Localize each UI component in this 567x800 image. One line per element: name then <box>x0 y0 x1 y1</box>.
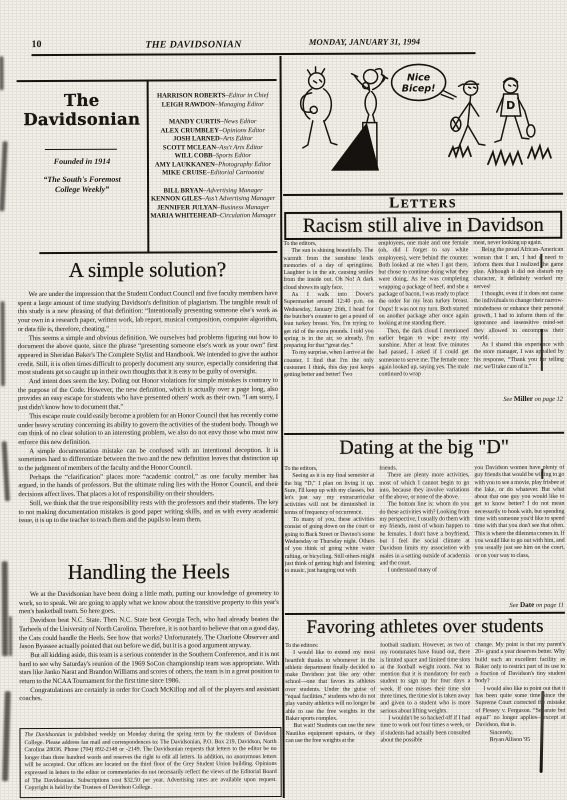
letter-columns: To the editors, The sun is shining beaut… <box>283 240 564 409</box>
staff-name: MARIA WHITEHEAD <box>150 212 216 219</box>
paragraph: As I shared this experience with the sto… <box>474 342 564 372</box>
paragraph: Perhaps the “clarification” places more … <box>18 473 278 500</box>
paper-title: THE DAVIDSONIAN <box>106 39 280 51</box>
paragraph: football stadium. However, as two of my … <box>380 642 470 715</box>
scan-artifact <box>1 301 5 386</box>
colophon-text: is published weekly on Monday during the… <box>24 731 276 791</box>
letter-column: change. My point is that my parent's 20+… <box>475 642 566 799</box>
staff-name: BILL BRYAN <box>163 187 203 194</box>
staff-title: Managing Editor <box>215 101 264 108</box>
scan-artifact <box>2 441 10 501</box>
staff-title: Arts Editor <box>220 135 253 142</box>
staff-name: KENNON GILES <box>151 195 202 202</box>
letter-column: football stadium. However, as two of my … <box>380 642 471 799</box>
staff-title: Ass't Advertising Manager <box>202 195 275 202</box>
staff-group-editors: HARRISON ROBERTSEditor in Chief LEIGH RA… <box>149 92 277 110</box>
masthead-bottom-rule <box>39 251 277 254</box>
paragraph: This escape route could easily become a … <box>18 412 278 448</box>
paragraph: I thought, even if it does not cause the… <box>474 291 564 342</box>
staff-name: ALEX CRUMBLEY <box>161 127 219 134</box>
paragraph: To my surprise, when I arrive at the cou… <box>284 350 374 380</box>
jump-ref: Date <box>520 601 534 609</box>
jump-page: on page 12 <box>535 396 563 403</box>
staff-title: Business Manager <box>217 204 269 211</box>
letter-title: Dating at the big "D" <box>284 435 564 460</box>
jersey-letter: D <box>506 99 515 112</box>
paragraph: This seems a simple and obvious definiti… <box>18 334 278 379</box>
paragraph: Then, the dark cloud I mentioned earlier… <box>379 328 469 379</box>
letter-column: To the editors: I would like to extend m… <box>285 643 376 800</box>
signature-name: Bryan Allison '95 <box>475 737 565 745</box>
jump-ref: Miller <box>514 395 533 403</box>
editorial-body: We at the Davidsonian have been doing a … <box>19 590 280 725</box>
jump-line: See Date on page 11 <box>473 601 564 609</box>
paragraph: A simple documentation mistake can be co… <box>18 447 278 474</box>
paragraph: change. My point is that my parent's 20+… <box>475 642 565 686</box>
letter-title: Racism still alive in Davidson <box>288 213 558 238</box>
scan-artifact <box>0 141 8 211</box>
staff-line: ALEX CRUMBLEYOpinions Editor <box>149 127 277 136</box>
paragraph: Being the proud African-American woman t… <box>473 247 563 291</box>
paragraph: you Davidson women have plenty of guy fr… <box>474 465 564 560</box>
staff-title: Photography Editor <box>215 161 271 168</box>
paragraph: I understand many of <box>380 567 470 575</box>
staff-name: LEIGH RAWDON <box>162 101 215 108</box>
staff-title: Ass't Arts Editor <box>216 144 263 151</box>
cartoon-drawing: Nice Bicep! D <box>283 56 564 194</box>
paragraph: Davidson beat N.C. State. Then N.C. Stat… <box>19 616 279 652</box>
letter-column: meat, never looking up again. Being the … <box>473 240 564 408</box>
staff-title: Advertising Manager <box>203 187 263 194</box>
paragraph: Still, we think that the true responsibi… <box>18 499 278 526</box>
staff-name: SCOTT MCLEAN <box>163 144 216 151</box>
letter-columns: To the editors, Seeing as it is my final… <box>284 465 565 612</box>
staff-title: Editor in Chief <box>225 92 268 99</box>
motto-line2: College Weekly” <box>19 185 145 196</box>
speech-bubble: Nice Bicep! <box>392 64 457 100</box>
staff-name: AMY LAUKKANEN <box>155 161 215 168</box>
staff-name: HARRISON ROBERTS <box>157 92 225 99</box>
editorial-cartoon: Nice Bicep! D <box>283 56 564 196</box>
bubble-text-line2: Bicep! <box>402 83 436 94</box>
scan-artifact <box>9 616 12 656</box>
scan-artifact <box>540 254 542 268</box>
staff-line: LEIGH RAWDONManaging Editor <box>149 101 277 110</box>
paragraph: I would like to extend my most heartfelt… <box>285 650 375 723</box>
scan-artifact <box>0 56 4 90</box>
letter-column: To the editors, The sun is shining beaut… <box>283 241 374 409</box>
staff-name: WILL COBB <box>175 152 213 159</box>
letter-headline-box: Racism still alive in Davidson <box>284 211 562 240</box>
scan-artifact <box>541 469 543 479</box>
letter-column: employees, one male and one female (oh, … <box>378 240 469 408</box>
scan-artifact <box>541 329 543 371</box>
letter-column: you Davidson women have plenty of guy fr… <box>474 465 565 611</box>
paragraph: employees, one male and one female (oh, … <box>378 240 468 328</box>
bubble-text-line1: Nice <box>407 72 431 83</box>
paragraph: To many of you, these activities consist… <box>285 517 375 576</box>
staff-title: Sports Editor <box>213 152 252 159</box>
nameplate-rule <box>45 149 117 151</box>
staff-title: Circulation Manager <box>217 212 276 219</box>
paragraph: The sun is shining beautifully. The warm… <box>283 248 373 292</box>
paragraph: As I walk into Dover's Supermarket aroun… <box>284 292 374 351</box>
paragraph: There are plenty more activities, most o… <box>379 472 469 502</box>
paragraph: And intent does seem the key. Doling out… <box>18 377 278 413</box>
paragraph: We are under the impression that the Stu… <box>18 290 278 335</box>
editorial-title: A simple solution? <box>17 257 277 283</box>
motto: “The South's Foremost College Weekly” <box>19 175 145 196</box>
letter-column: friends. There are plenty more activitie… <box>379 465 470 611</box>
staff-name: MIKE CRUISE <box>162 169 207 176</box>
paragraph: I wouldn't be so hacked off if I had tim… <box>380 715 470 745</box>
paragraph: The bottom line is: whom do you do these… <box>379 502 469 568</box>
staff-line: SCOTT MCLEANAss't Arts Editor <box>149 144 277 153</box>
colophon-box: The Davidsonian is published weekly on M… <box>19 727 281 798</box>
staff-title: News Editor <box>220 118 256 125</box>
nameplate: The Davidsonian <box>19 91 145 130</box>
jump-see: See <box>503 396 512 403</box>
staff-list: HARRISON ROBERTSEditor in Chief LEIGH RA… <box>149 92 278 230</box>
staff-name: MANDY CURTIS <box>169 118 220 125</box>
scan-artifact <box>2 691 11 781</box>
staff-title: Opinions Editor <box>219 127 265 134</box>
motto-line1: “The South's Foremost <box>19 175 145 186</box>
jump-see: See <box>509 602 518 609</box>
paragraph: I would also like to point out that it h… <box>475 686 565 730</box>
letter-title: Favoring athletes over students <box>285 615 565 640</box>
staff-line: MARIA WHITEHEADCirculation Manager <box>149 212 277 221</box>
paragraph: Congratulations are certainly in order f… <box>19 686 279 705</box>
staff-name: JOSH LARNED <box>173 135 220 142</box>
staff-group-business: BILL BRYANAdvertising Manager KENNON GIL… <box>149 187 277 222</box>
letter-columns: To the editors: I would like to extend m… <box>285 642 566 800</box>
staff-group-section-editors: MANDY CURTISNews Editor ALEX CRUMBLEYOpi… <box>149 118 277 178</box>
editorial-body: We are under the impression that the Stu… <box>18 290 279 557</box>
page-number: 10 <box>31 39 41 50</box>
issue-date: MONDAY, JANUARY 31, 1994 <box>304 36 424 47</box>
scan-artifact <box>2 561 8 656</box>
jump-page: on page 11 <box>536 602 564 609</box>
staff-name: JENNIFER JULYAN <box>157 204 217 211</box>
editorial-title: Handling the Heels <box>19 559 279 585</box>
paragraph: Seeing as it is my final semester at the… <box>284 473 374 517</box>
pedestal-shadow <box>331 123 379 171</box>
paragraph: But wait! Students can use the new Nauti… <box>285 723 375 745</box>
letter-column: To the editors, Seeing as it is my final… <box>284 466 375 612</box>
paragraph: We at the Davidsonian have been doing a … <box>19 590 279 617</box>
paragraph: But all kidding aside, this team is a se… <box>19 651 279 687</box>
colophon-lead: The Davidsonian <box>24 732 65 738</box>
founded-line: Founded in 1914 <box>19 157 145 167</box>
staff-line: MIKE CRUISEEditorial Cartoonist <box>149 169 277 178</box>
staff-title: Editorial Cartoonist <box>207 169 264 176</box>
newspaper-page: 10 THE DAVIDSONIAN MONDAY, JANUARY 31, 1… <box>0 0 567 800</box>
jump-line: See Miller on page 12 <box>472 395 563 403</box>
